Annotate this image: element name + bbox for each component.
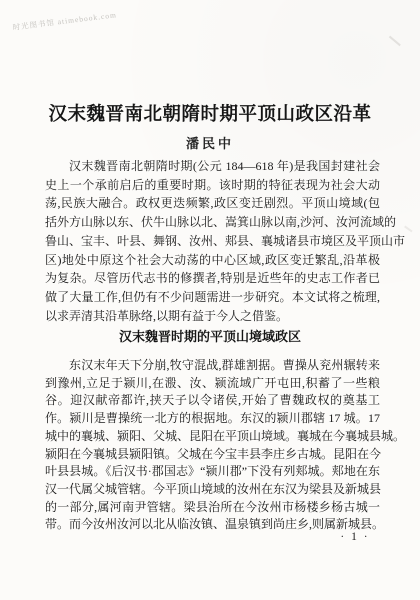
paragraph-line: 史上一个承前启后的重要时期。该时期的特征表现为社会大动 [45,176,380,195]
paragraph-line: 汉末魏晋南北朝隋时期(公元 184—618 年)是我国封建社会 [45,157,380,176]
paragraph-line: 作。颍川是曹操统一北方的根据地。东汉的颍川郡辖 17 城。17 [45,410,380,428]
section-paragraph: 东汉末年天下分崩,牧守混战,群雄割据。曹操从兖州辗转来 到豫州,立足于颍川,在溵… [45,357,380,534]
paragraph-line: 做了大量工作,但仍有不少问题需进一步研究。本文试将之梳理, [45,288,380,307]
paragraph-line: 为复杂。尽管历代志书的修撰者,特别是近些年的史志工作者已 [45,269,380,288]
paragraph-line: 城中的襄城、颍阳、父城、昆阳在平顶山境域。襄城在今襄城县城。 [45,428,380,446]
paragraph-line: 的一部分,属河南尹管辖。梁县治所在今汝州市杨楼乡杨古城一 [45,499,380,517]
library-watermark: 时光图书馆 atimebook.com [12,9,117,33]
paragraph-line: 叶县县城。《后汉书·郡国志》“颍川郡”下没有列郏城。郏地在东 [45,463,380,481]
section-heading: 汉末魏晋时期的平顶山境域政区 [0,326,420,345]
article-title: 汉末魏晋南北朝隋时期平顶山政区沿革 [0,100,420,126]
paragraph-line: 东汉末年天下分崩,牧守混战,群雄割据。曹操从兖州辗转来 [45,357,380,375]
paragraph-line: 谷。迎汉献帝都许,挟天子以令诸侯,开始了曹魏政权的奠基工 [45,392,380,410]
scan-artifact [389,36,401,46]
page-number: · 1 · [330,531,380,543]
paragraph-line: 区)地处中原这个社会大动荡的中心区域,政区变迁繁乱,沿革极 [45,251,380,270]
scanned-page: 时光图书馆 atimebook.com 汉末魏晋南北朝隋时期平顶山政区沿革 潘民… [0,0,420,600]
paragraph-line: 括外方山脉以东、伏牛山脉以北、嵩箕山脉以南,沙河、汝河流域的 [45,213,380,232]
paragraph-line: 到豫州,立足于颍川,在溵、汝、颍流域广开屯田,积蓄了一些粮 [45,375,380,393]
paragraph-line: 鲁山、宝丰、叶县、舞钢、汝州、郏县、襄城诸县市境区及平顶山市 [45,232,380,251]
paragraph-line: 汉一代属父城管辖。今平顶山境域的汝州在东汉为梁县及新城县 [45,481,380,499]
scan-artifact [404,226,412,232]
article-author: 潘民中 [0,133,420,152]
intro-paragraph: 汉末魏晋南北朝隋时期(公元 184—618 年)是我国封建社会 史上一个承前启后… [45,157,380,325]
paragraph-line: 颍阳在今襄城县颍阳镇。父城在今宝丰县李庄乡古城。昆阳在今 [45,446,380,464]
paragraph-line: 荡,民族大融合。政权更迭频繁,政区变迁剧烈。平顶山境域(包 [45,194,380,213]
paragraph-line: 以求弄清其沿革脉络,以期有益于今人之借鉴。 [45,307,380,326]
